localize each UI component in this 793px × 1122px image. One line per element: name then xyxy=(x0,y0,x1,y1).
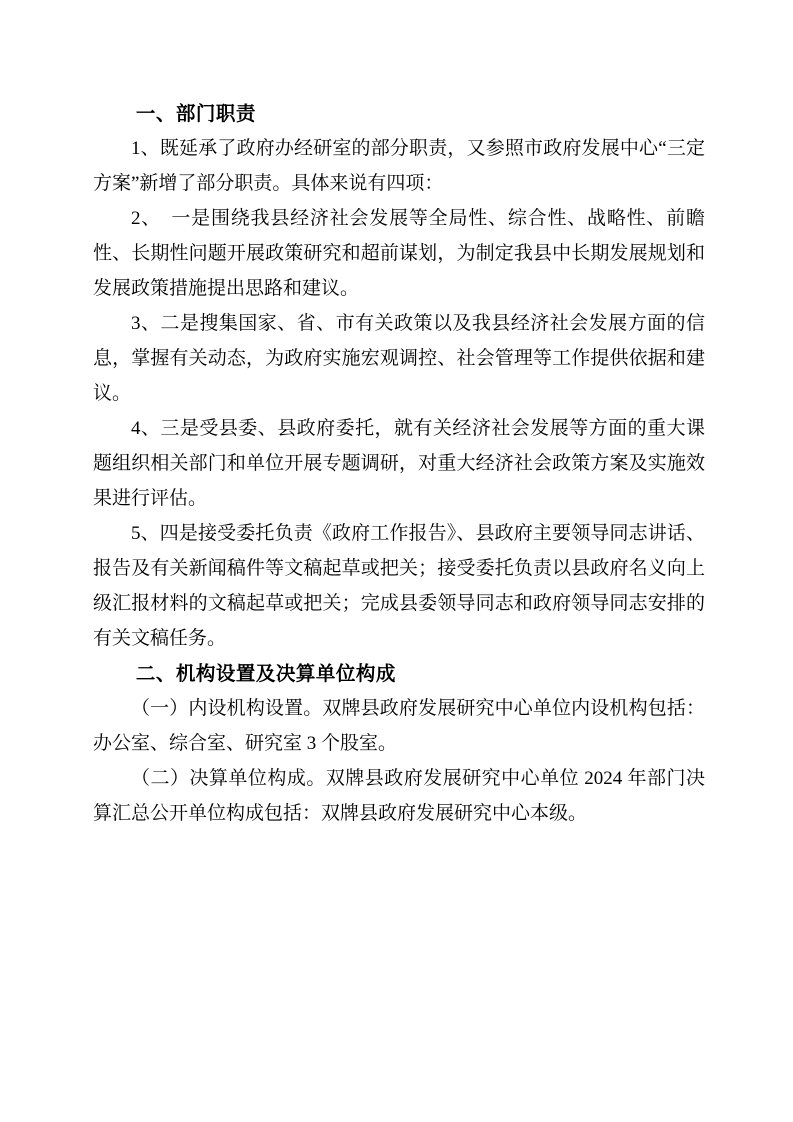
structure-paragraph-1: （一）内设机构设置。双牌县政府发展研究中心单位内设机构包括：办公室、综合室、研究… xyxy=(93,691,705,761)
structure-paragraph-2: （二）决算单位构成。双牌县政府发展研究中心单位 2024 年部门决算汇总公开单位… xyxy=(93,761,705,831)
section-heading-duties: 一、部门职责 xyxy=(93,96,705,131)
section-heading-structure: 二、机构设置及决算单位构成 xyxy=(93,656,705,691)
duties-paragraph-5: 5、四是接受委托负责《政府工作报告》、县政府主要领导同志讲话、报告及有关新闻稿件… xyxy=(93,516,705,656)
duties-paragraph-1: 1、既延承了政府办经研室的部分职责，又参照市政府发展中心“三定方案”新增了部分职… xyxy=(93,131,705,201)
duties-paragraph-2: 2、 一是围绕我县经济社会发展等全局性、综合性、战略性、前瞻性、长期性问题开展政… xyxy=(93,201,705,306)
document-page: 一、部门职责 1、既延承了政府办经研室的部分职责，又参照市政府发展中心“三定方案… xyxy=(0,0,793,1122)
duties-paragraph-3: 3、二是搜集国家、省、市有关政策以及我县经济社会发展方面的信息，掌握有关动态，为… xyxy=(93,306,705,411)
duties-paragraph-4: 4、三是受县委、县政府委托，就有关经济社会发展等方面的重大课题组织相关部门和单位… xyxy=(93,411,705,516)
